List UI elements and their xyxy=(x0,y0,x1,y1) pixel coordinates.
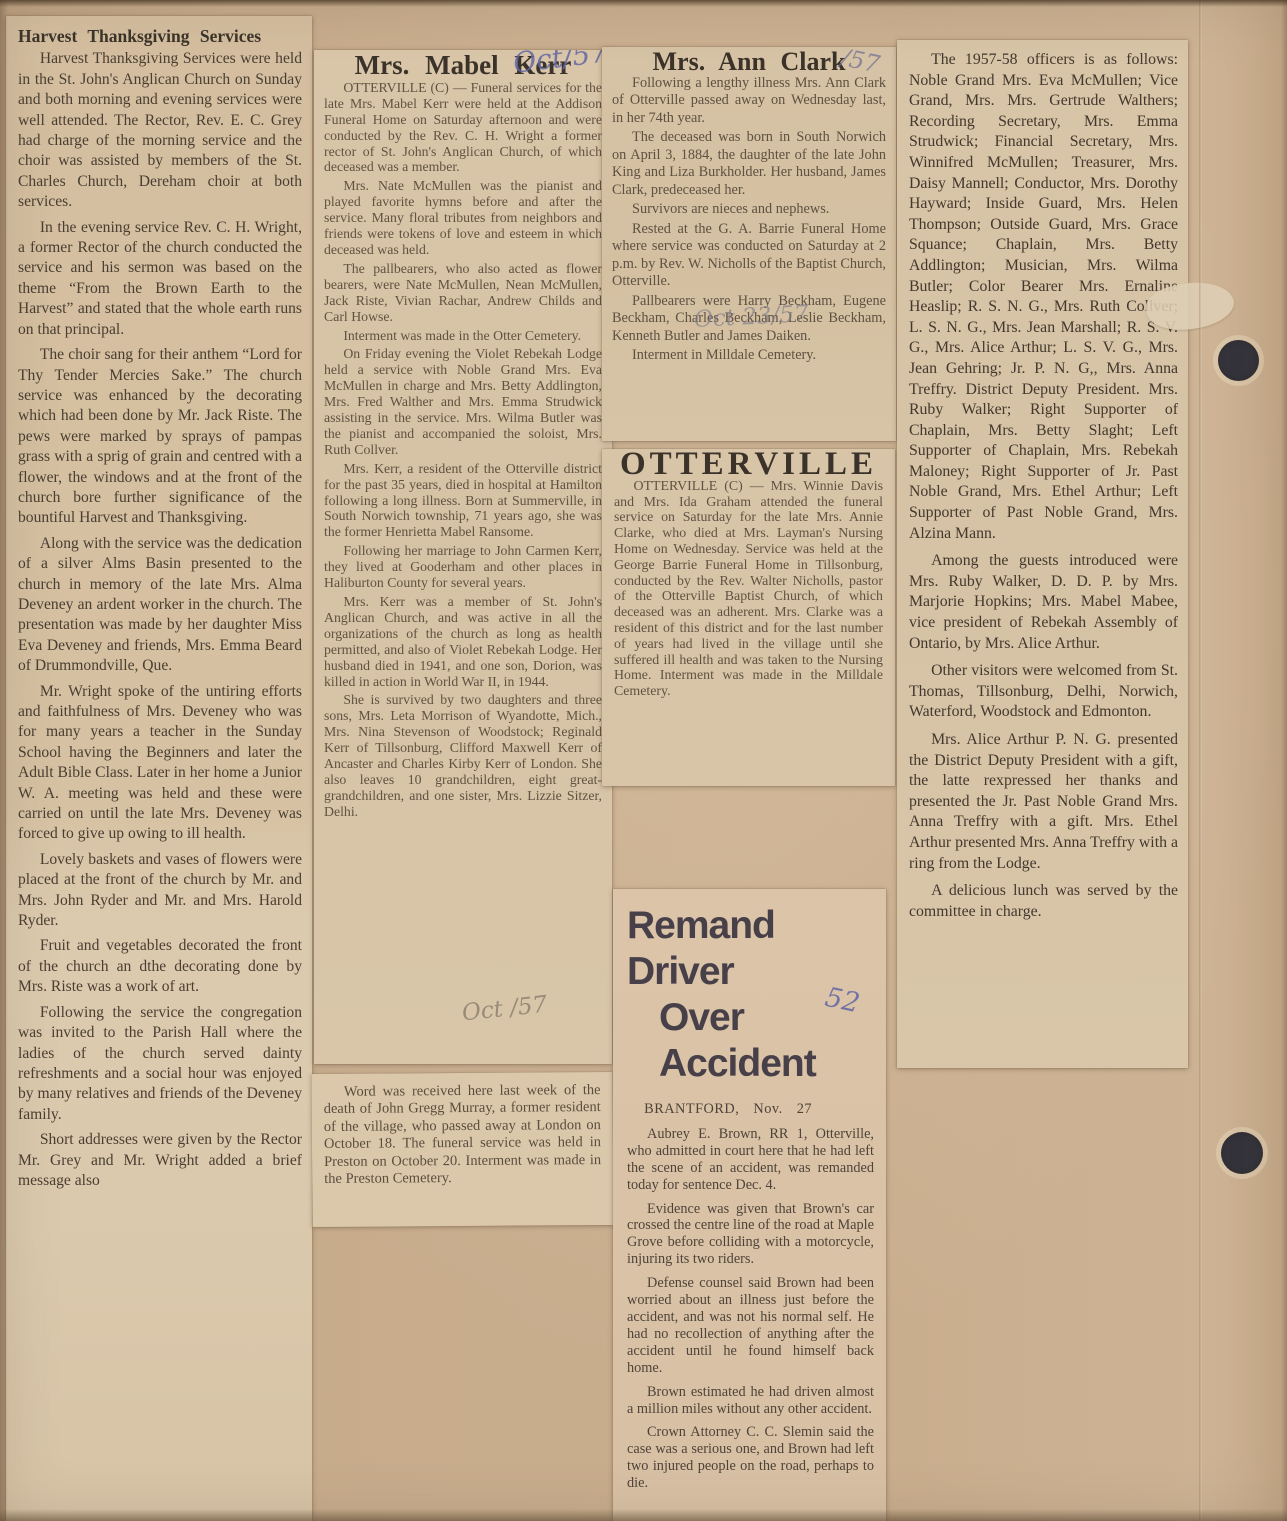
mabel-kerr-obituary-clipping: Mrs. Mabel Kerr Oct/57 OTTERVILLE (C) — … xyxy=(314,50,612,1064)
paragraph: On Friday evening the Violet Rebekah Lod… xyxy=(324,346,602,457)
paragraph: The 1957-58 officers is as follows: Nobl… xyxy=(909,50,1178,544)
lodge-officers-clipping: The 1957-58 officers is as follows: Nobl… xyxy=(897,40,1188,1068)
paragraph: A delicious lunch was served by the comm… xyxy=(909,881,1178,922)
punch-hole xyxy=(1218,340,1259,381)
paragraph: Following the service the congregation w… xyxy=(18,1003,302,1125)
paragraph: Along with the service was the dedicatio… xyxy=(18,534,302,677)
remand-headline: Remand Driver Over Accident xyxy=(627,903,874,1087)
paragraph: The pallbearers, who also acted as flowe… xyxy=(324,261,602,325)
paragraph: Fruit and vegetables decorated the front… xyxy=(18,936,302,997)
paragraph: Mrs. Alice Arthur P. N. G. presented the… xyxy=(909,730,1178,874)
handwritten-date-annotation: Oct /57 xyxy=(461,998,548,1023)
paragraph: OTTERVILLE (C) — Funeral services for th… xyxy=(324,80,602,175)
paragraph: Interment was made in the Otter Cemetery… xyxy=(324,328,602,344)
punch-hole xyxy=(1221,1132,1263,1174)
paragraph: Aubrey E. Brown, RR 1, Otterville, who a… xyxy=(627,1126,874,1194)
page-crease-line xyxy=(1199,0,1202,1521)
paragraph: Evidence was given that Brown's car cros… xyxy=(627,1201,874,1269)
paragraph: Other visitors were welcomed from St. Th… xyxy=(909,661,1178,723)
paragraph: Short addresses were given by the Rector… xyxy=(18,1130,302,1191)
paragraph: The deceased was born in South Norwich o… xyxy=(612,129,886,199)
paragraph: Following her marriage to John Carmen Ke… xyxy=(324,543,602,591)
harvest-title: Harvest Thanksgiving Services xyxy=(18,26,302,46)
dateline: BRANTFORD, Nov. 27 xyxy=(627,1101,874,1118)
paragraph: Following a lengthy illness Mrs. Ann Cla… xyxy=(612,75,886,128)
paragraph: Among the guests introduced were Mrs. Ru… xyxy=(909,551,1178,654)
remand-driver-clipping: Remand Driver Over Accident 52 BRANTFORD… xyxy=(613,889,886,1521)
paragraph: Word was received here last week of the … xyxy=(324,1082,602,1188)
paragraph: Mrs. Kerr was a member of St. John's Ang… xyxy=(324,594,602,689)
paragraph: OTTERVILLE (C) — Mrs. Winnie Davis and M… xyxy=(614,479,883,700)
paragraph: Mrs. Nate McMullen was the pianist and p… xyxy=(324,178,602,258)
remand-headline-line2: Over Accident xyxy=(659,995,874,1087)
paragraph: Brown estimated he had driven almost a m… xyxy=(627,1384,874,1418)
paragraph: The choir sang for their anthem “Lord fo… xyxy=(18,345,302,529)
paragraph: Defense counsel said Brown had been worr… xyxy=(627,1275,874,1376)
paragraph: Lovely baskets and vases of flowers were… xyxy=(18,850,302,932)
ann-clark-obituary-clipping: Mrs. Ann Clark /57 Oct 23/57 Following a… xyxy=(602,47,896,441)
harvest-thanksgiving-clipping: Harvest Thanksgiving Services Harvest Th… xyxy=(6,16,312,1521)
paragraph: Interment in Milldale Cemetery. xyxy=(612,347,886,365)
paragraph: Rested at the G. A. Barrie Funeral Home … xyxy=(612,221,886,291)
paragraph: Pallbearers were Harry Beckham, Eugene B… xyxy=(612,293,886,346)
paragraph: Mrs. Kerr, a resident of the Otterville … xyxy=(324,461,602,541)
murray-death-notice-clipping: Word was received here last week of the … xyxy=(311,1072,613,1227)
paragraph: Mr. Wright spoke of the untiring efforts… xyxy=(18,682,302,845)
otterville-news-clipping: OTTERVILLE OTTERVILLE (C) — Mrs. Winnie … xyxy=(602,449,895,786)
paragraph: Crown Attorney C. C. Slemin said the cas… xyxy=(627,1424,874,1492)
clark-title: Mrs. Ann Clark xyxy=(612,53,886,71)
remand-headline-line1: Remand Driver xyxy=(627,904,775,993)
otterville-title: OTTERVILLE xyxy=(614,457,883,473)
kerr-title: Mrs. Mabel Kerr xyxy=(324,58,602,74)
paragraph: Harvest Thanksgiving Services were held … xyxy=(18,49,302,212)
paragraph: She is survived by two daughters and thr… xyxy=(324,692,602,819)
paragraph: Survivors are nieces and nephews. xyxy=(612,201,886,219)
paragraph: In the evening service Rev. C. H. Wright… xyxy=(18,218,302,340)
